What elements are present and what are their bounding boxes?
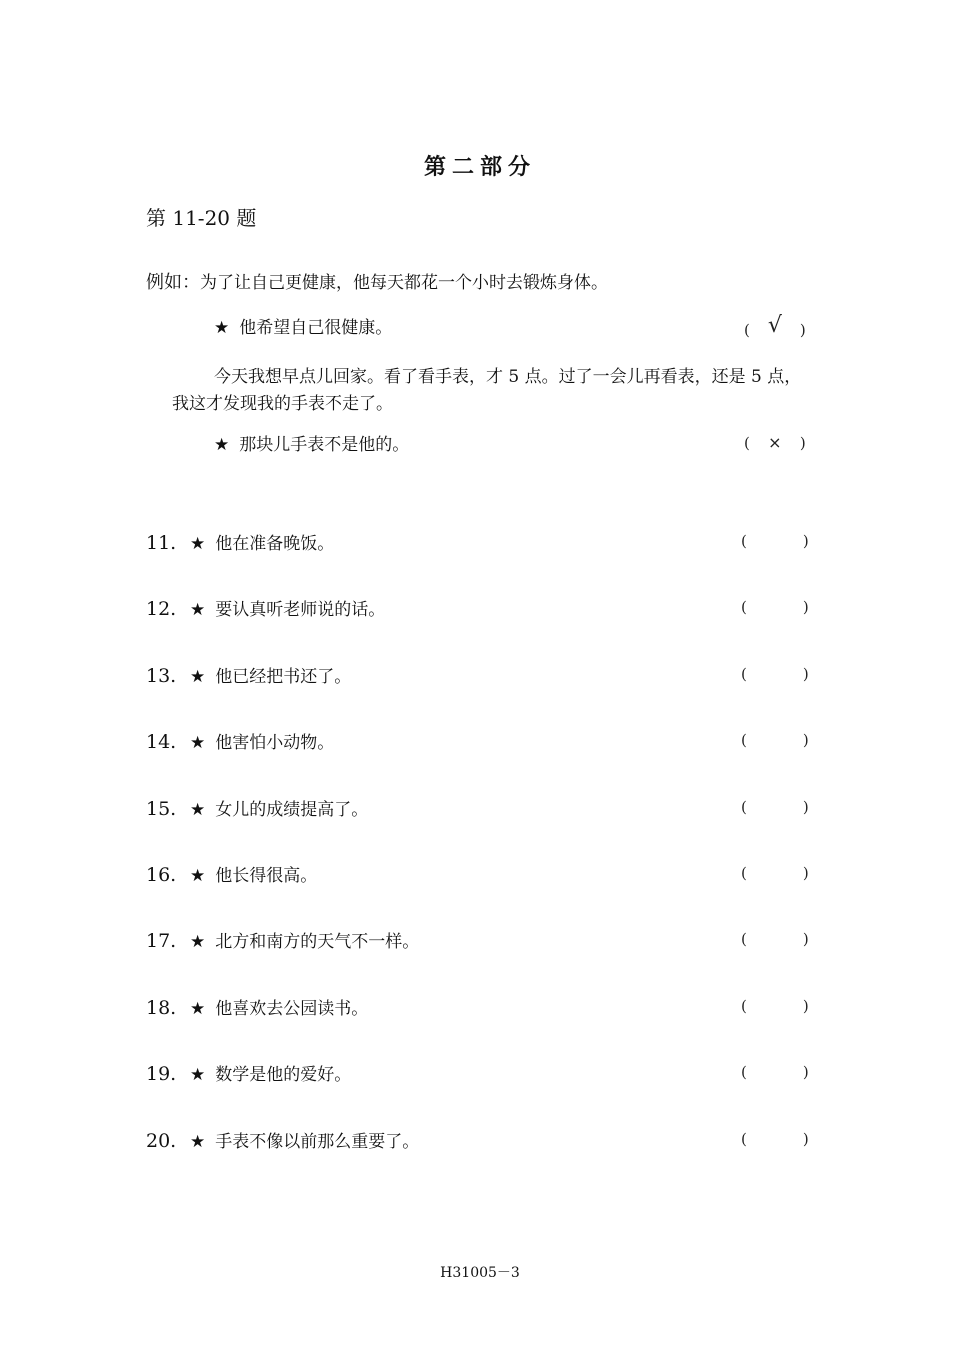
question-number: 17. [146,930,190,952]
question-row: 12.★要认真听老师说的话。 [146,595,385,620]
example-answer-2: (×) [744,433,806,452]
question-text: 他已经把书还了。 [215,667,351,687]
paren-open: ( [741,997,747,1015]
question-row: 14.★他害怕小动物。 [146,728,334,753]
paren-close: ) [803,731,809,749]
paren-close: ) [803,798,809,816]
question-text: 他喜欢去公园读书。 [215,999,368,1019]
paren-close: ) [800,434,806,452]
paren-close: ) [803,532,809,550]
question-row: 18.★他喜欢去公园读书。 [146,994,368,1019]
question-range: 第 11-20 题 [146,202,256,231]
question-number: 15. [146,798,190,820]
question-text: 北方和南方的天气不一样。 [215,932,419,952]
star-icon: ★ [190,733,205,753]
question-row: 20.★手表不像以前那么重要了。 [146,1127,419,1152]
example-statement-1: ★他希望自己很健康。 [214,313,392,338]
question-text: 女儿的成绩提高了。 [215,800,368,820]
example-answer-1: (√) [744,316,806,341]
paren-close: ) [800,321,806,339]
question-number: 14. [146,731,190,753]
paren-close: ) [803,864,809,882]
section-title: 第二部分 [0,150,960,181]
example-statement-text: 他希望自己很健康。 [239,318,392,338]
paren-open: ( [741,1063,747,1081]
question-row: 11.★他在准备晚饭。 [146,529,334,554]
question-text: 他害怕小动物。 [215,733,334,753]
star-icon: ★ [190,667,205,687]
star-icon: ★ [190,800,205,820]
star-icon: ★ [190,534,205,554]
paren-open: ( [741,864,747,882]
question-number: 13. [146,665,190,687]
answer-blank[interactable]: () [741,1063,809,1081]
answer-blank[interactable]: () [741,798,809,816]
question-text: 他在准备晚饭。 [215,534,334,554]
answer-blank[interactable]: () [741,930,809,948]
question-row: 17.★北方和南方的天气不一样。 [146,927,419,952]
question-row: 19.★数学是他的爱好。 [146,1060,351,1085]
paren-open: ( [741,1130,747,1148]
paren-close: ) [803,665,809,683]
question-text: 他长得很高。 [215,866,317,886]
answer-blank[interactable]: () [741,997,809,1015]
example-statement-2: ★那块儿手表不是他的。 [214,430,409,455]
paren-close: ) [803,997,809,1015]
star-icon: ★ [190,600,205,620]
question-row: 13.★他已经把书还了。 [146,662,351,687]
paren-close: ) [803,598,809,616]
paren-open: ( [741,532,747,550]
page-footer: H31005－3 [0,1262,960,1282]
paren-open: ( [741,665,747,683]
question-row: 15.★女儿的成绩提高了。 [146,795,368,820]
paren-open: ( [741,731,747,749]
question-number: 20. [146,1130,190,1152]
question-text: 手表不像以前那么重要了。 [215,1132,419,1152]
star-icon: ★ [214,435,229,455]
answer-blank[interactable]: () [741,598,809,616]
star-icon: ★ [190,999,205,1019]
star-icon: ★ [190,866,205,886]
question-number: 18. [146,997,190,1019]
example-sentence: 为了让自己更健康，他每天都花一个小时去锻炼身体。 [200,273,608,293]
star-icon: ★ [214,318,229,338]
star-icon: ★ [190,1065,205,1085]
paren-open: ( [741,798,747,816]
answer-blank[interactable]: () [741,665,809,683]
question-number: 19. [146,1063,190,1085]
example-label: 例如： [146,272,200,293]
question-text: 数学是他的爱好。 [215,1065,351,1085]
example-passage: 今天我想早点儿回家。看了看手表，才 5 点。过了一会儿再看表，还是 5 点，我这… [172,364,817,418]
answer-blank[interactable]: () [741,532,809,550]
question-number: 16. [146,864,190,886]
answer-blank[interactable]: () [741,864,809,882]
check-mark-icon: √ [750,313,800,338]
question-number: 12. [146,598,190,620]
question-number: 11. [146,532,190,554]
paren-close: ) [803,1063,809,1081]
paren-open: ( [741,930,747,948]
answer-blank[interactable]: () [741,1130,809,1148]
paren-close: ) [803,1130,809,1148]
example-line: 例如：为了让自己更健康，他每天都花一个小时去锻炼身体。 [146,268,608,294]
paren-close: ) [803,930,809,948]
answer-blank[interactable]: () [741,731,809,749]
paren-open: ( [741,598,747,616]
star-icon: ★ [190,1132,205,1152]
star-icon: ★ [190,932,205,952]
example-statement-text: 那块儿手表不是他的。 [239,435,409,455]
question-text: 要认真听老师说的话。 [215,600,385,620]
cross-mark-icon: × [750,433,800,452]
question-row: 16.★他长得很高。 [146,861,317,886]
